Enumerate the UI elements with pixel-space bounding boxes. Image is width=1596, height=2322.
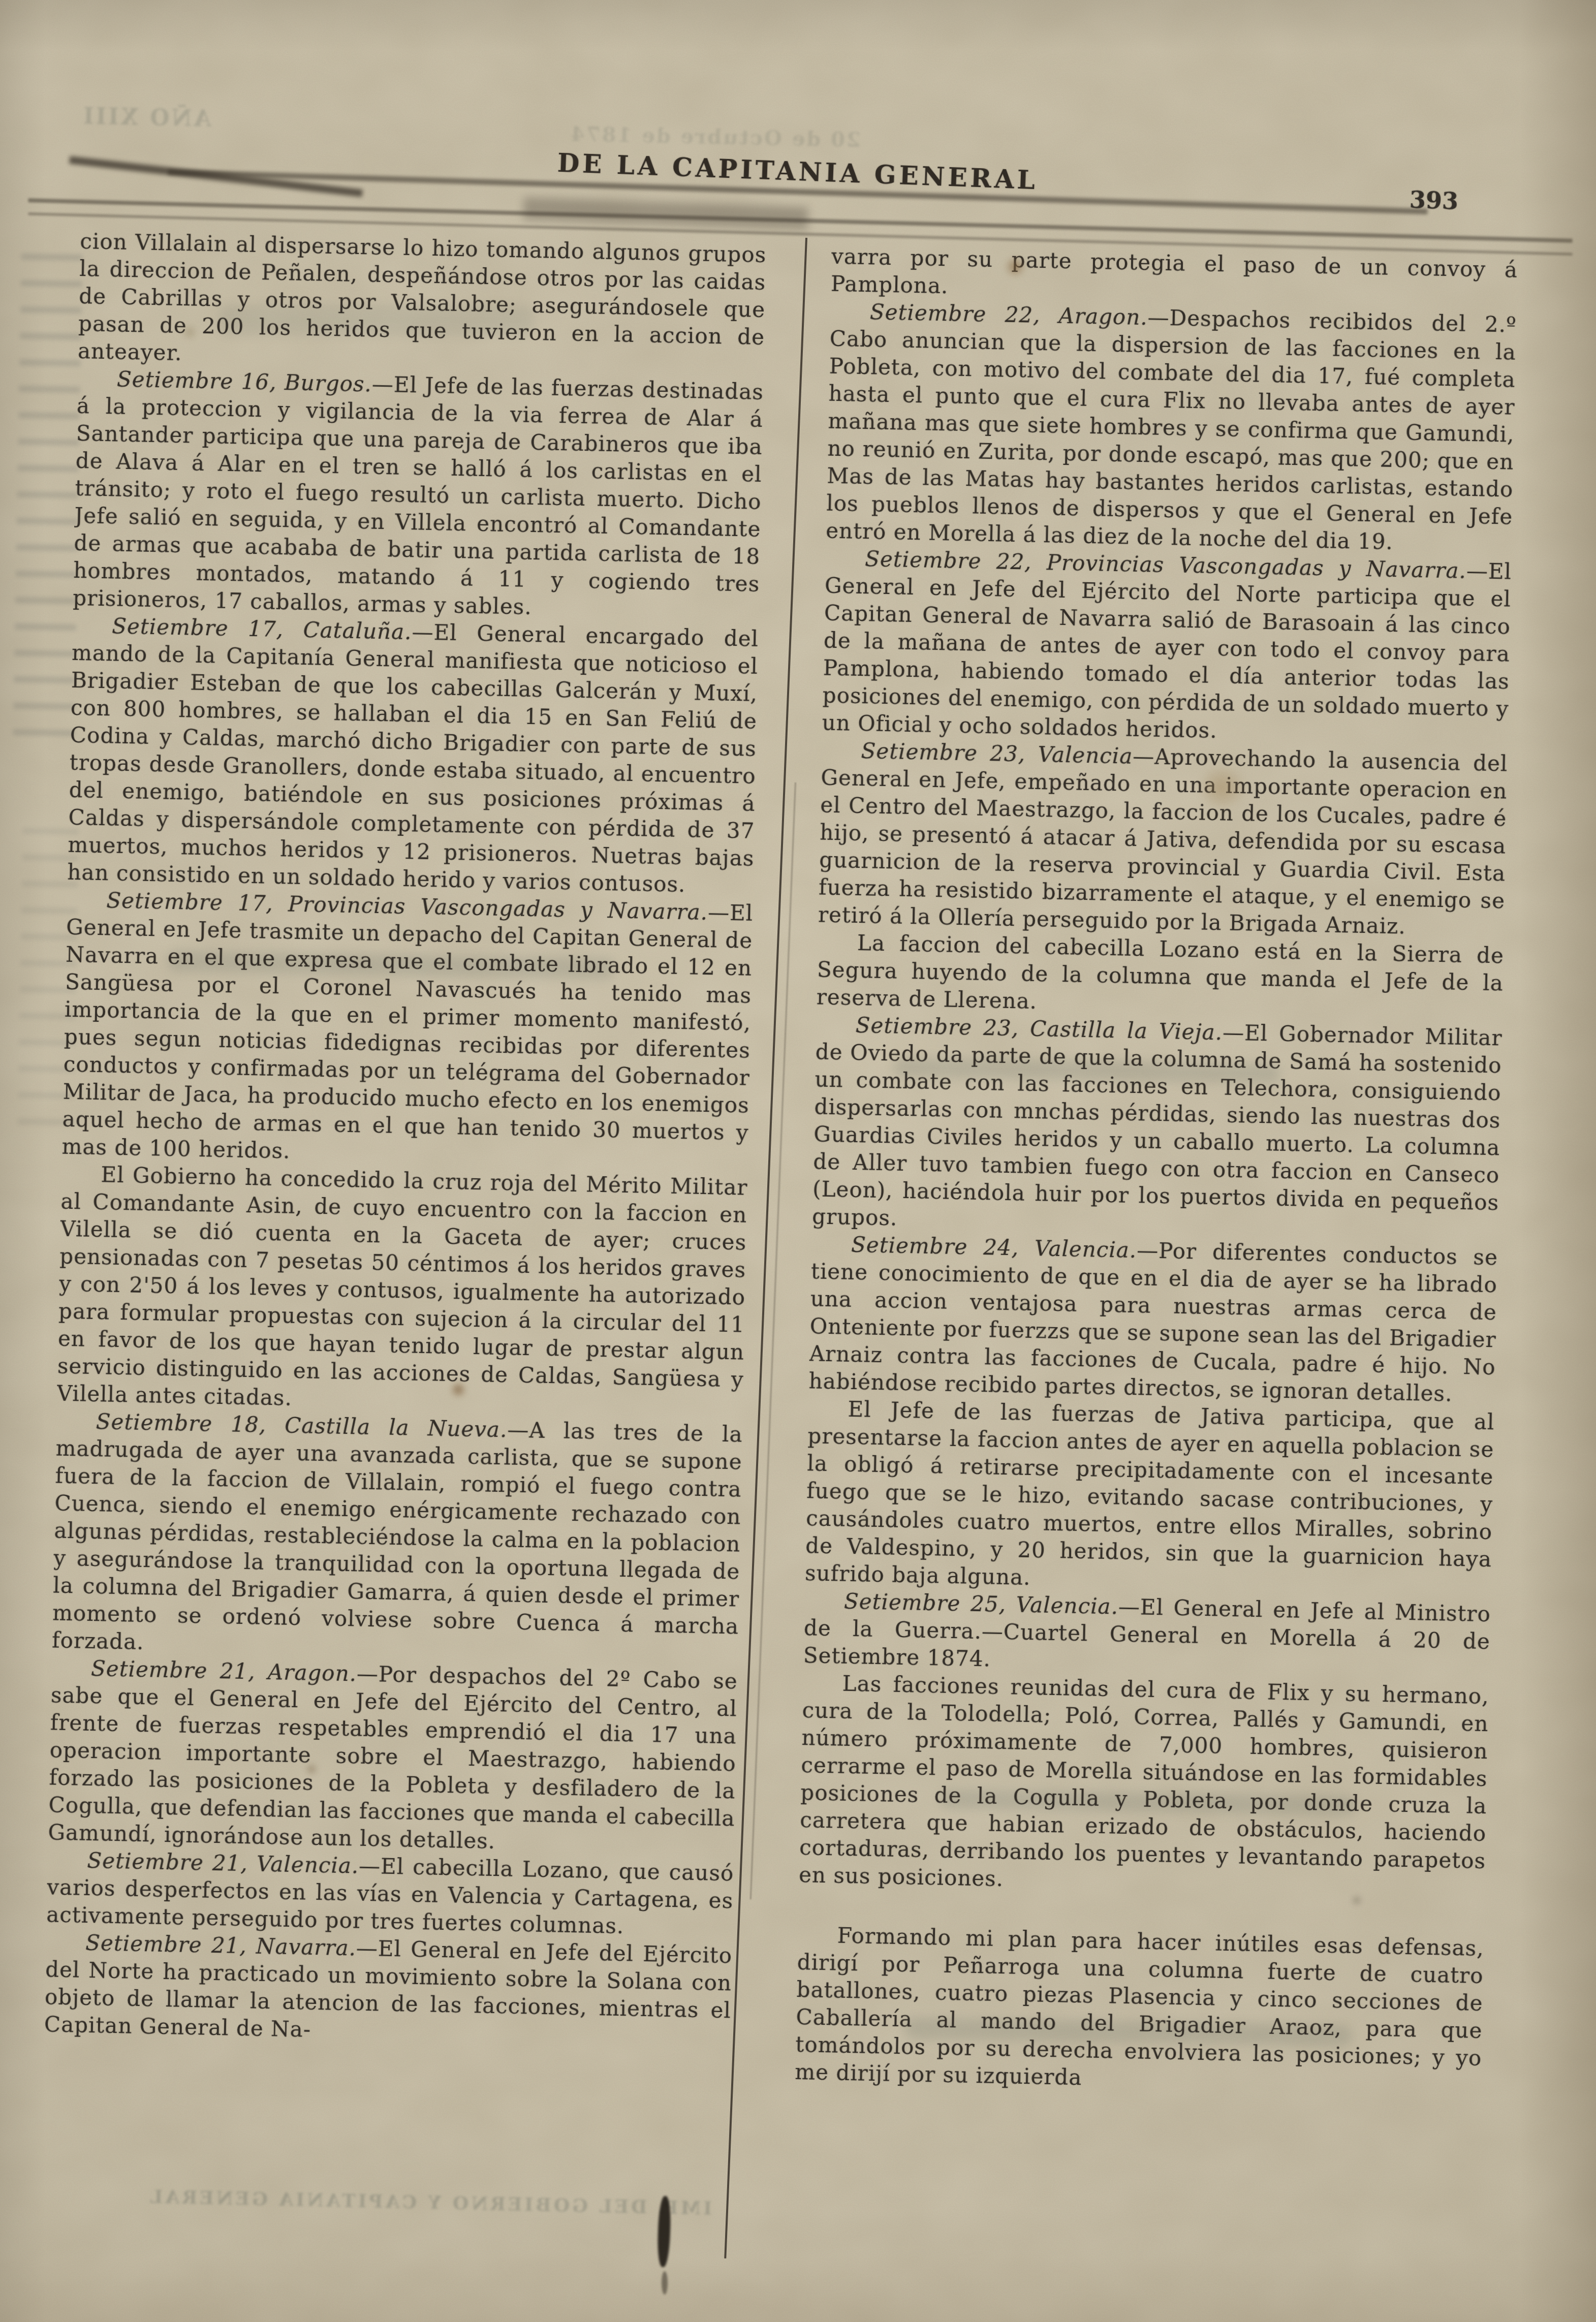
dispatch-paragraph: Setiembre 21, Navarra.—El General en Jef…: [44, 1928, 732, 2052]
dispatch-paragraph: Setiembre 21, Valencia.—El cabecilla Loz…: [46, 1846, 734, 1942]
dispatch-paragraph: Setiembre 25, Valencia.—El General en Je…: [803, 1587, 1491, 1683]
dispatch-paragraph: Las facciones reunidas del cura de Flix …: [799, 1669, 1489, 1902]
dispatch-paragraph: Setiembre 23, Castilla la Vieja.—El Gobe…: [812, 1011, 1503, 1244]
dispatch-date-place: Setiembre 17, Cataluña.: [112, 613, 412, 644]
dispatch-column-right: varra por su parte protegia el paso de u…: [791, 243, 1518, 2294]
dispatch-text: —Por despachos del 2º Cabo se sabe que e…: [48, 1661, 738, 1854]
dispatch-date-place: Setiembre 25, Valencia.: [844, 1589, 1119, 1619]
dispatch-text: —El Gobernador Militar de Oviedo da part…: [812, 1020, 1503, 1230]
dispatch-columns: cion Villalain al dispersarse lo hizo to…: [40, 228, 1518, 2294]
dispatch-paragraph: Setiembre 17, Provincias Vascongadas y N…: [61, 886, 754, 1174]
dispatch-text: —El Jefe de las fuerzas destinadas á la …: [73, 372, 764, 619]
dispatch-text: La faccion del cabecilla Lozano está en …: [816, 930, 1504, 1014]
edge-shade: [1520, 0, 1596, 2322]
dispatch-paragraph: Setiembre 16, Burgos.—El Jefe de las fue…: [73, 365, 764, 625]
dispatch-text: —El General en Jefe trasmite un depacho …: [61, 900, 753, 1164]
dispatch-date-place: Setiembre 21, Aragon.: [91, 1656, 357, 1686]
dispatch-paragraph: Setiembre 22, Aragon.—Despachos recibido…: [826, 298, 1517, 558]
dispatch-date-place: Setiembre 24, Valencia.: [851, 1232, 1137, 1263]
dispatch-paragraph: El Jefe de las fuerzas de Jativa partici…: [805, 1395, 1495, 1601]
dispatch-text: cion Villalain al dispersarse lo hizo to…: [78, 229, 767, 365]
dispatch-text: El Gobierno ha concedido la cruz roja de…: [56, 1162, 747, 1410]
dispatch-date-place: Setiembre 23, Valencia: [861, 738, 1133, 769]
dispatch-paragraph: El Gobierno ha concedido la cruz roja de…: [56, 1160, 747, 1421]
dispatch-paragraph: Setiembre 21, Aragon.—Por despachos del …: [48, 1654, 738, 1860]
dispatch-paragraph: Formando mi plan para hacer inútiles esa…: [795, 1921, 1484, 2099]
dispatch-text: Formando mi plan para hacer inútiles esa…: [795, 1923, 1484, 2090]
dispatch-date-place: Setiembre 22, Aragon.: [869, 299, 1148, 330]
dispatch-date-place: Setiembre 16, Burgos.: [117, 367, 372, 397]
dispatch-date-place: Setiembre 21, Valencia.: [87, 1848, 359, 1878]
dispatch-paragraph: Setiembre 22, Provincias Vascongadas y N…: [822, 545, 1512, 750]
dispatch-date-place: Setiembre 21, Navarra.: [85, 1930, 357, 1961]
dispatch-paragraph: Setiembre 18, Castilla la Nueva.—A las t…: [52, 1407, 743, 1668]
dispatch-text: El Jefe de las fuerzas de Jativa partici…: [805, 1397, 1495, 1590]
dispatch-text: Las facciones reunidas del cura de Flix …: [799, 1671, 1489, 1891]
ghost-issue-date-text: 20 de Octubre de 1874: [569, 122, 861, 152]
dispatch-text: —A las tres de la madrugada de ayer una …: [52, 1417, 743, 1654]
dispatch-text: —Por diferentes conductos se tiene conoc…: [808, 1238, 1498, 1406]
scanned-newspaper-page: AÑO XIII 20 de Octubre de 1874 IMP. DEL …: [0, 0, 1596, 2322]
header-rule-smear: [523, 197, 808, 230]
dispatch-column-left: cion Villalain al dispersarse lo hizo to…: [40, 228, 767, 2278]
dispatch-paragraph: Setiembre 23, Valencia—Aprovechando la a…: [818, 736, 1508, 942]
dispatch-text: varra por su parte protegia el paso de u…: [831, 244, 1518, 299]
dispatch-paragraph: Setiembre 17, Cataluña.—El General encar…: [67, 612, 759, 900]
ghost-year-text: AÑO XIII: [81, 103, 211, 132]
edge-shade: [0, 0, 1596, 51]
dispatch-text: —El General encargado del mando de la Ca…: [67, 619, 759, 897]
dispatch-date-place: Setiembre 23, Castilla la Vieja.: [855, 1013, 1223, 1045]
dispatch-text: —Despachos recibidos del 2.º Cabo anunci…: [826, 305, 1517, 554]
dispatch-text: —El General en Jefe del Ejército del Nor…: [822, 558, 1512, 743]
dispatch-paragraph: cion Villalain al dispersarse lo hizo to…: [78, 228, 767, 379]
dispatch-paragraph: Setiembre 24, Valencia.—Por diferentes c…: [808, 1230, 1498, 1408]
dispatch-text: —Aprovechando la ausencia del General en…: [818, 744, 1508, 939]
dispatch-paragraph: La faccion del cabecilla Lozano está en …: [816, 928, 1504, 1024]
